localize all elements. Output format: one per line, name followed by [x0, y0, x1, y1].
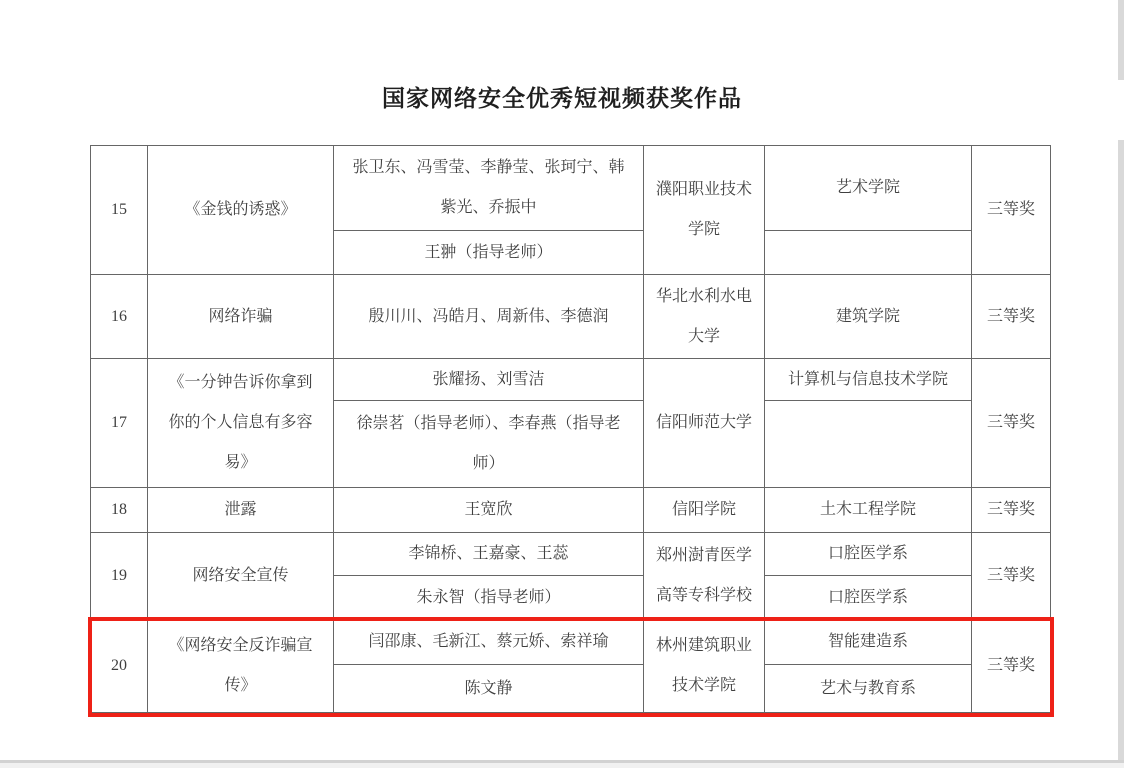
department-cell-bottom [765, 231, 971, 274]
authors-cell-bottom: 王翀（指导老师） [334, 231, 643, 274]
scrollbar-thumb[interactable] [1118, 80, 1124, 140]
authors-cell-bottom: 陈文静 [334, 665, 643, 712]
department-cell-top: 艺术学院 [765, 146, 971, 231]
authors-cell-group: 张卫东、冯雪莹、李静莹、张珂宁、韩紫光、乔振中王翀（指导老师） [334, 146, 644, 275]
page-title: 国家网络安全优秀短视频获奖作品 [0, 80, 1124, 113]
school-cell: 信阳师范大学 [644, 359, 765, 488]
school-cell: 郑州澍青医学高等专科学校 [644, 533, 765, 620]
award-cell: 三等奖 [972, 620, 1051, 713]
school-cell: 华北水利水电大学 [644, 275, 765, 359]
work-title-cell: 网络安全宣传 [148, 533, 334, 620]
department-cell-bottom [765, 401, 971, 487]
table-row: 16网络诈骗殷川川、冯皓月、周新伟、李德润华北水利水电大学建筑学院三等奖 [91, 275, 1051, 359]
department-cell-top: 计算机与信息技术学院 [765, 359, 971, 401]
award-cell: 三等奖 [972, 275, 1051, 359]
table-row: 19网络安全宣传李锦桥、王嘉豪、王蕊朱永智（指导老师）郑州澍青医学高等专科学校口… [91, 533, 1051, 620]
department-cell-bottom: 口腔医学系 [765, 576, 971, 619]
row-number-cell: 16 [91, 275, 148, 359]
row-number-cell: 15 [91, 146, 148, 275]
authors-cell-top: 闫邵康、毛新江、蔡元娇、索祥瑜 [334, 620, 643, 665]
row-number-cell: 18 [91, 488, 148, 533]
authors-cell-group: 闫邵康、毛新江、蔡元娇、索祥瑜陈文静 [334, 620, 644, 713]
authors-cell-top: 李锦桥、王嘉豪、王蕊 [334, 533, 643, 576]
table-row: 18泄露王宽欣信阳学院土木工程学院三等奖 [91, 488, 1051, 533]
authors-cell-top: 张耀扬、刘雪洁 [334, 359, 643, 401]
awards-table: 15《金钱的诱惑》张卫东、冯雪莹、李静莹、张珂宁、韩紫光、乔振中王翀（指导老师）… [90, 145, 1051, 713]
authors-cell-top: 张卫东、冯雪莹、李静莹、张珂宁、韩紫光、乔振中 [334, 146, 643, 231]
award-cell: 三等奖 [972, 359, 1051, 488]
department-cell-bottom: 艺术与教育系 [765, 665, 971, 712]
authors-cell: 王宽欣 [334, 488, 644, 533]
row-number-cell: 19 [91, 533, 148, 620]
work-title-cell: 泄露 [148, 488, 334, 533]
table-row: 20《网络安全反诈骗宣传》闫邵康、毛新江、蔡元娇、索祥瑜陈文静林州建筑职业技术学… [91, 620, 1051, 713]
award-cell: 三等奖 [972, 488, 1051, 533]
authors-cell-group: 李锦桥、王嘉豪、王蕊朱永智（指导老师） [334, 533, 644, 620]
department-cell: 土木工程学院 [765, 488, 972, 533]
department-cell-group: 计算机与信息技术学院 [765, 359, 972, 488]
below-page-area [0, 763, 1124, 768]
department-cell-top: 口腔医学系 [765, 533, 971, 576]
authors-cell-bottom: 朱永智（指导老师） [334, 576, 643, 619]
row-number-cell: 20 [91, 620, 148, 713]
award-cell: 三等奖 [972, 533, 1051, 620]
department-cell: 建筑学院 [765, 275, 972, 359]
school-cell: 信阳学院 [644, 488, 765, 533]
table-row: 15《金钱的诱惑》张卫东、冯雪莹、李静莹、张珂宁、韩紫光、乔振中王翀（指导老师）… [91, 146, 1051, 275]
work-title-cell: 《一分钟告诉你拿到你的个人信息有多容易》 [148, 359, 334, 488]
authors-cell-group: 张耀扬、刘雪洁徐崇茗（指导老师）、李春燕（指导老师） [334, 359, 644, 488]
department-cell-group: 智能建造系艺术与教育系 [765, 620, 972, 713]
table-row: 17《一分钟告诉你拿到你的个人信息有多容易》张耀扬、刘雪洁徐崇茗（指导老师）、李… [91, 359, 1051, 488]
school-cell: 濮阳职业技术学院 [644, 146, 765, 275]
authors-cell: 殷川川、冯皓月、周新伟、李德润 [334, 275, 644, 359]
department-cell-group: 口腔医学系口腔医学系 [765, 533, 972, 620]
school-cell: 林州建筑职业技术学院 [644, 620, 765, 713]
authors-cell-bottom: 徐崇茗（指导老师）、李春燕（指导老师） [334, 401, 643, 487]
department-cell-top: 智能建造系 [765, 620, 971, 665]
work-title-cell: 网络诈骗 [148, 275, 334, 359]
department-cell-group: 艺术学院 [765, 146, 972, 275]
award-cell: 三等奖 [972, 146, 1051, 275]
work-title-cell: 《金钱的诱惑》 [148, 146, 334, 275]
work-title-cell: 《网络安全反诈骗宣传》 [148, 620, 334, 713]
row-number-cell: 17 [91, 359, 148, 488]
